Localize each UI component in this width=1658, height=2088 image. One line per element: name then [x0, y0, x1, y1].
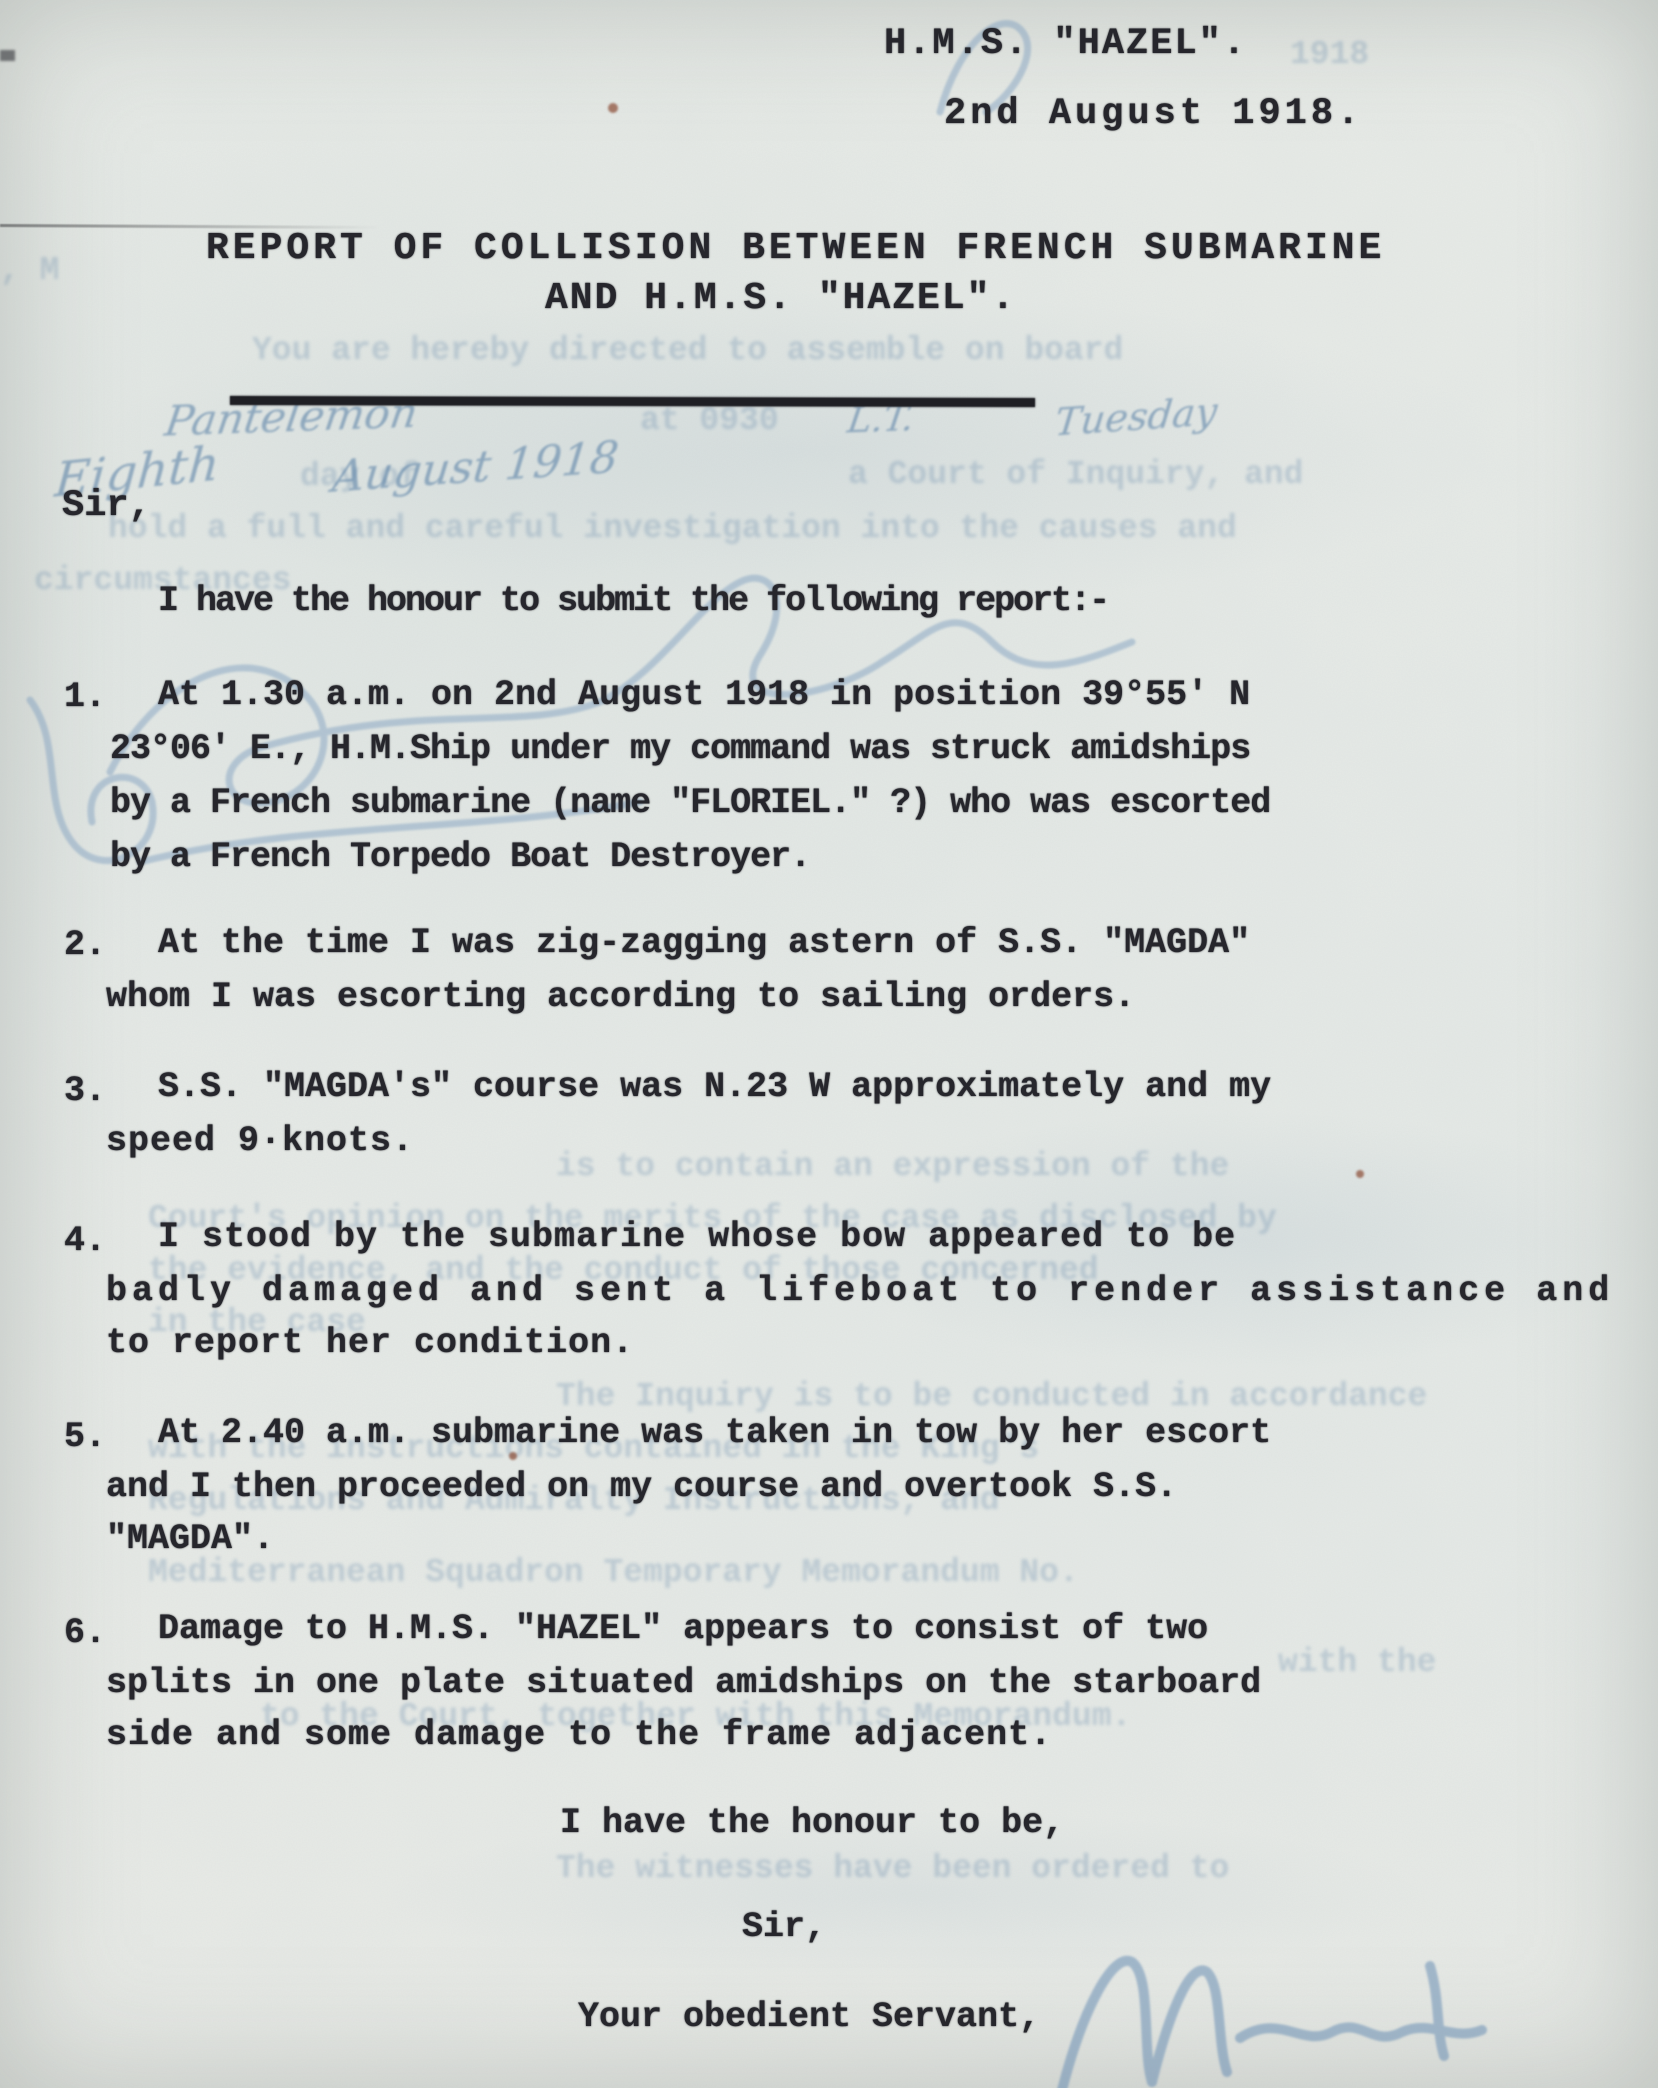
document-page: , M1918You are hereby directed to assemb…: [0, 0, 1658, 2088]
rust-spot: [509, 1452, 517, 1460]
artifact-dots-layer: [0, 0, 1658, 2088]
rust-spot: [1356, 1170, 1364, 1178]
rust-spot: [608, 103, 618, 113]
